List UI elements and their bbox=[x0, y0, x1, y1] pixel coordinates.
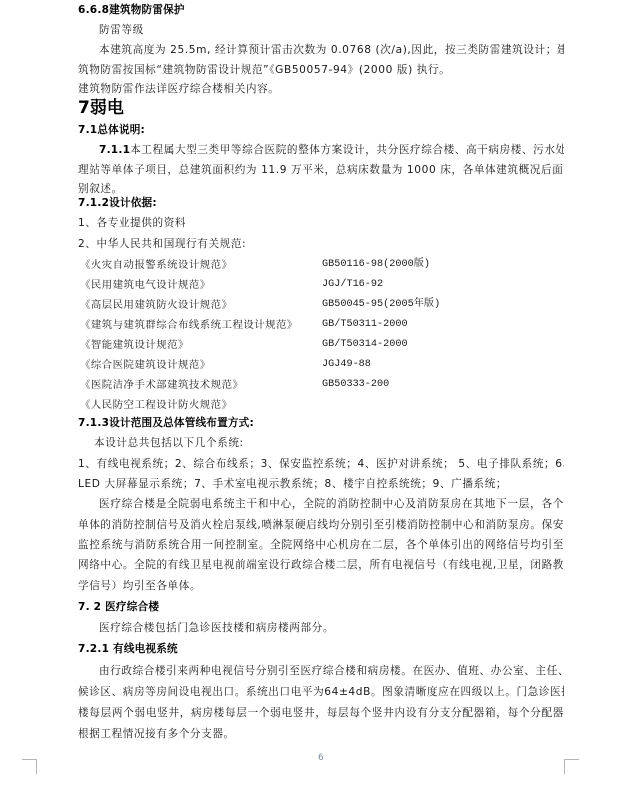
paragraph-line: 筑物防雷按国标“建筑物防雷设计规范”《GB50057-94》(2000 版) 执… bbox=[78, 63, 564, 77]
section-heading-7-1-2: 7.1.2设计依据: bbox=[78, 196, 564, 210]
paragraph-line: 医疗综合楼是全院弱电系统主干和中心，全院的消防控制中心及消防泵房在其地下一层，各… bbox=[99, 497, 564, 511]
section-heading-7-2-1: 7.2.1 有线电视系统 bbox=[78, 642, 564, 656]
paragraph-line: 别叙述。 bbox=[78, 182, 564, 196]
list-item: 1、各专业提供的资料 bbox=[78, 216, 564, 230]
spec-code: GB/T50314-2000 bbox=[322, 338, 408, 352]
page-margin-corner-mark-right bbox=[564, 759, 579, 774]
paragraph-line: 根据工程情况接有多个分支器。 bbox=[78, 727, 564, 741]
spec-name: 《智能建筑设计规范》 bbox=[80, 338, 189, 352]
spec-code: GB50045-95(2005年版) bbox=[322, 298, 440, 312]
spec-code: JGJ/T16-92 bbox=[322, 278, 383, 292]
paragraph-line: 楼每层两个弱电竖井，病房楼每层一个弱电竖井，每层每个竖井内设有分支分配器箱，每个… bbox=[78, 706, 564, 720]
paragraph-line: 医疗综合楼包括门急诊医技楼和病房楼两部分。 bbox=[99, 621, 564, 635]
paragraph-line: 本建筑高度为 25.5m, 经计算预计雷击次数为 0.0768 (次/a),因此… bbox=[99, 43, 564, 57]
paragraph-line: 网络中心。全院的有线卫星电视前端室设行政综合楼二层，所有电视信号（有线电视,卫星… bbox=[78, 558, 564, 572]
section-heading-7-2: 7. 2 医疗综合楼 bbox=[78, 600, 564, 614]
paragraph-line: 7.1.1本工程属大型三类甲等综合医院的整体方案设计，共分医疗综合楼、高干病房楼… bbox=[99, 143, 564, 157]
paragraph-line: 本设计总共包括以下几个系统: bbox=[94, 436, 580, 450]
document-page: 6.6.8建筑物防雷保护 防雷等级 本建筑高度为 25.5m, 经计算预计雷击次… bbox=[0, 0, 629, 800]
spec-name: 《火灾自动报警系统设计规范》 bbox=[80, 258, 232, 272]
list-item: 2、中华人民共和国现行有关规范: bbox=[78, 237, 564, 251]
spec-code: GB50333-200 bbox=[322, 378, 389, 392]
paragraph-line: 理站等单体子项目，总建筑面积约为 11.9 万平米，总病床数量为 1000 床，… bbox=[78, 163, 564, 177]
spec-name: 《建筑与建筑群综合布线系统工程设计规范》 bbox=[80, 318, 298, 332]
paragraph-line: 学信号）均引至各单体。 bbox=[78, 579, 564, 593]
clause-number: 7.1.1 bbox=[99, 144, 130, 156]
section-heading-7-1-3: 7.1.3设计范围及总体管线布置方式: bbox=[78, 416, 564, 430]
spec-code: GB/T50311-2000 bbox=[322, 318, 408, 332]
systems-list-line: LED 大屏幕显示系统；7、手术室电视示教系统；8、楼宇自控系统统；9、广播系统… bbox=[78, 477, 564, 491]
spec-name: 《高层民用建筑防火设计规范》 bbox=[80, 298, 232, 312]
systems-list-line: 1、有线电视系统；2、综合布线系；3、保安监控系统；4、医护对讲系统； 5、电子… bbox=[78, 457, 564, 471]
paragraph-line: 监控系统与消防系统合用一间控制室。全院网络中心机房在二层，各个单体引出的网络信号… bbox=[78, 538, 564, 552]
paragraph-line: 由行政综合楼引来两种电视信号分别引至医疗综合楼和病房楼。在医办、值班、办公室、主… bbox=[99, 664, 564, 678]
page-number: 6 bbox=[318, 753, 324, 763]
spec-code: JGJ49-88 bbox=[322, 358, 371, 372]
paragraph-line: 建筑物防雷作法详医疗综合楼相关内容。 bbox=[78, 82, 564, 96]
spec-code: GB50116-98(2000版) bbox=[322, 258, 430, 272]
page-margin-corner-mark-left bbox=[22, 759, 37, 774]
chapter-heading-7: 7弱电 bbox=[78, 98, 564, 118]
paragraph-line: 单体的消防控制信号及消火栓启泵线,喷淋泵硬启线均分别引至引楼消防控制中心和消防泵… bbox=[78, 518, 564, 532]
spec-name: 《人民防空工程设计防火规范》 bbox=[80, 398, 232, 412]
section-heading-7-1: 7.1总体说明: bbox=[78, 123, 564, 137]
paragraph-line: 候诊区、病房等房间设电视出口。系统出口电平为64±4dB。图象清晰度应在四级以上… bbox=[78, 685, 564, 699]
spec-name: 《民用建筑电气设计规范》 bbox=[80, 278, 211, 292]
clause-text: 本工程属大型三类甲等综合医院的整体方案设计，共分医疗综合楼、高干病房楼、污水处 bbox=[130, 144, 564, 156]
section-heading-6-6-8: 6.6.8建筑物防雷保护 bbox=[78, 3, 564, 17]
spec-name: 《医院洁净手术部建筑技术规范》 bbox=[80, 378, 243, 392]
subheading-lightning-level: 防雷等级 bbox=[99, 23, 564, 37]
spec-name: 《综合医院建筑设计规范》 bbox=[80, 358, 211, 372]
